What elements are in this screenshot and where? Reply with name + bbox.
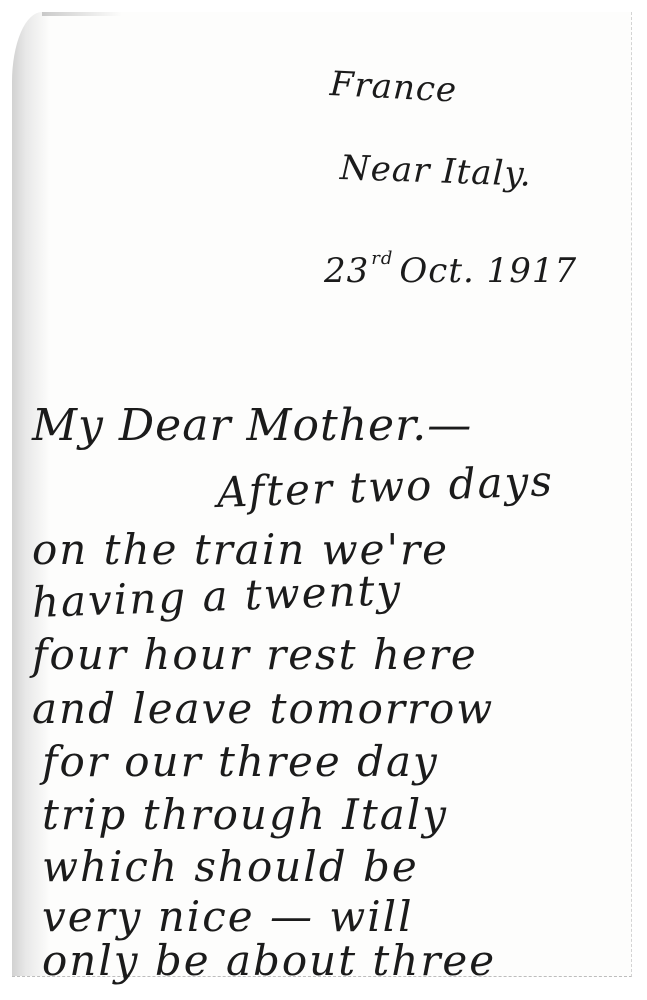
date-month-year: Oct. 1917	[399, 251, 577, 291]
letter-line: having a twenty	[31, 565, 403, 627]
letter-line: for our three day	[42, 737, 439, 786]
letter-line: four hour rest here	[32, 630, 478, 679]
salutation: My Dear Mother.—	[32, 400, 472, 451]
letter-line: only be about three	[42, 936, 496, 985]
date-ordinal: rd	[371, 248, 393, 269]
letter-line: and leave tomorrow	[32, 684, 494, 733]
letter-line: which should be	[42, 842, 419, 891]
letter-line: After two days	[216, 456, 554, 517]
letter-line: very nice — will	[42, 892, 414, 941]
letter-line: trip through Italy	[42, 790, 448, 839]
date-day: 23	[324, 251, 369, 291]
date-line: 23rdOct. 1917	[324, 248, 577, 291]
place-line-near-italy: Near Italy.	[339, 148, 532, 195]
letter-page: France Near Italy. 23rdOct. 1917 My Dear…	[12, 12, 632, 977]
place-line-france: France	[329, 64, 458, 111]
